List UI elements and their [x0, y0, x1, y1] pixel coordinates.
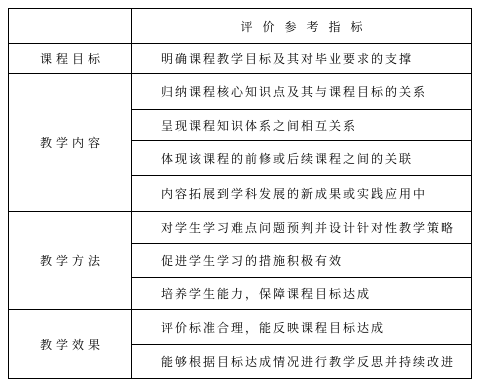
document-page: 评价参考指标 课程目标 明确课程教学目标及其对毕业要求的支撑 教学内容 归纳课程…: [0, 0, 481, 387]
indicator-cell: 评价标准合理，能反映课程目标达成: [132, 310, 472, 345]
evaluation-table: 评价参考指标 课程目标 明确课程教学目标及其对毕业要求的支撑 教学内容 归纳课程…: [8, 8, 472, 379]
cell-course-objectives: 课程目标: [9, 44, 132, 74]
indicator-cell: 归纳课程核心知识点及其与课程目标的关系: [132, 74, 472, 110]
table-row: 教学方法 对学生学习难点问题预判并设计针对性教学策略: [9, 212, 472, 244]
table-row: 教学内容 归纳课程核心知识点及其与课程目标的关系: [9, 74, 472, 110]
table-row: 教学效果 评价标准合理，能反映课程目标达成: [9, 310, 472, 345]
cell-teaching-methods: 教学方法: [9, 212, 132, 310]
indicator-cell: 促进学生学习的措施积极有效: [132, 244, 472, 278]
table-row: 课程目标 明确课程教学目标及其对毕业要求的支撑: [9, 44, 472, 74]
cell-teaching-content: 教学内容: [9, 74, 132, 212]
indicator-cell: 培养学生能力，保障课程目标达成: [132, 278, 472, 310]
header-evaluation-indicators: 评价参考指标: [132, 9, 472, 44]
indicator-cell: 体现该课程的前修或后续课程之间的关联: [132, 141, 472, 176]
table-header-row: 评价参考指标: [9, 9, 472, 44]
indicator-cell: 内容拓展到学科发展的新成果或实践应用中: [132, 176, 472, 212]
empty-corner-cell: [9, 9, 132, 44]
cell-teaching-effects: 教学效果: [9, 310, 132, 379]
indicator-cell: 能够根据目标达成情况进行教学反思并持续改进: [132, 345, 472, 379]
indicator-cell: 呈现课程知识体系之间相互关系: [132, 110, 472, 141]
indicator-cell: 对学生学习难点问题预判并设计针对性教学策略: [132, 212, 472, 244]
indicator-cell: 明确课程教学目标及其对毕业要求的支撑: [132, 44, 472, 74]
